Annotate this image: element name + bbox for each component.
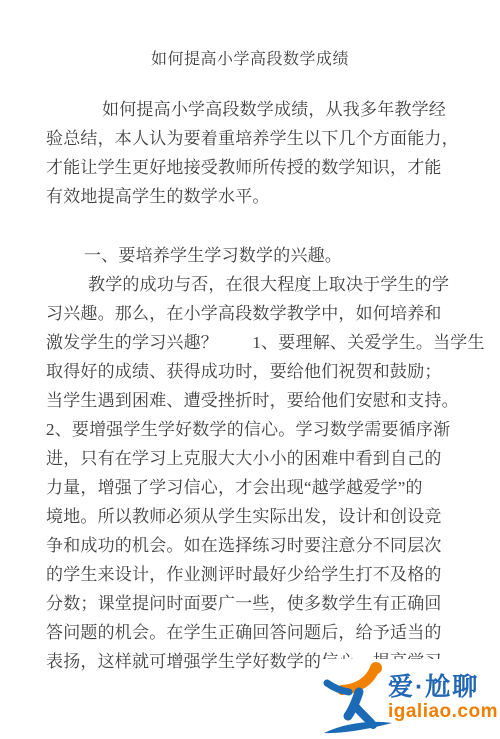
- text-line: 境地。所以教师必须从学生实际出发，设计和创设竞: [46, 502, 460, 531]
- text-line: 进，只有在学习上克服大大小小的困难中看到自己的: [46, 444, 460, 473]
- text-line: 激发学生的学习兴趣？ 1、要理解、关爱学生。当学生: [46, 328, 460, 357]
- watermark-text-block: 爱·尬聊 igaliao.com: [388, 673, 498, 723]
- text-line: 如何提高小学高段数学成绩，从我多年教学经: [46, 95, 460, 124]
- text-line: 当学生遇到困难、遭受挫折时，要给他们安慰和支持。: [46, 386, 460, 415]
- document-body: 如何提高小学高段数学成绩，从我多年教学经 验总结，本人认为要着重培养学生以下几个…: [0, 95, 500, 676]
- document-title: 如何提高小学高段数学成绩: [0, 49, 500, 71]
- watermark-site-text: igaliao.com: [388, 701, 498, 723]
- text-line: 答问题的机会。在学生正确回答问题后，给予适当的: [46, 618, 460, 647]
- text-line: 2、要增强学生学好数学的信心。学习数学需要循序渐: [46, 415, 460, 444]
- text-line: 分数；课堂提问时面要广一些，使多数学生有正确回: [46, 589, 460, 618]
- text-line: 的学生来设计，作业测评时最好少给学生打不及格的: [46, 560, 460, 589]
- igaliao-watermark: 爱·尬聊 igaliao.com: [322, 659, 498, 737]
- document-page: 如何提高小学高段数学成绩 如何提高小学高段数学成绩，从我多年教学经 验总结，本人…: [0, 0, 500, 739]
- text-line: 才能让学生更好地接受教师所传授的数学知识，才能: [46, 153, 460, 182]
- text-line: 取得好的成绩、获得成功时，要给他们祝贺和鼓励；: [46, 357, 460, 386]
- text-line: 争和成功的机会。如在选择练习时要注意分不同层次: [46, 531, 460, 560]
- text-line: 习兴趣。那么，在小学高段数学教学中，如何培养和: [46, 299, 460, 328]
- text-line: 力量，增强了学习信心，才会出现“越学越爱学”的: [46, 473, 460, 502]
- text-line: 有效地提高学生的数学水平。: [46, 182, 460, 211]
- text-line: 验总结，本人认为要着重培养学生以下几个方面能力，: [46, 124, 460, 153]
- watermark-brand-text: 爱·尬聊: [388, 673, 479, 701]
- igaliao-logo-figure-icon: [322, 659, 394, 737]
- section-heading: 一、要培养学生学习数学的兴趣。: [46, 241, 460, 270]
- text-line: 教学的成功与否，在很大程度上取决于学生的学: [46, 270, 460, 299]
